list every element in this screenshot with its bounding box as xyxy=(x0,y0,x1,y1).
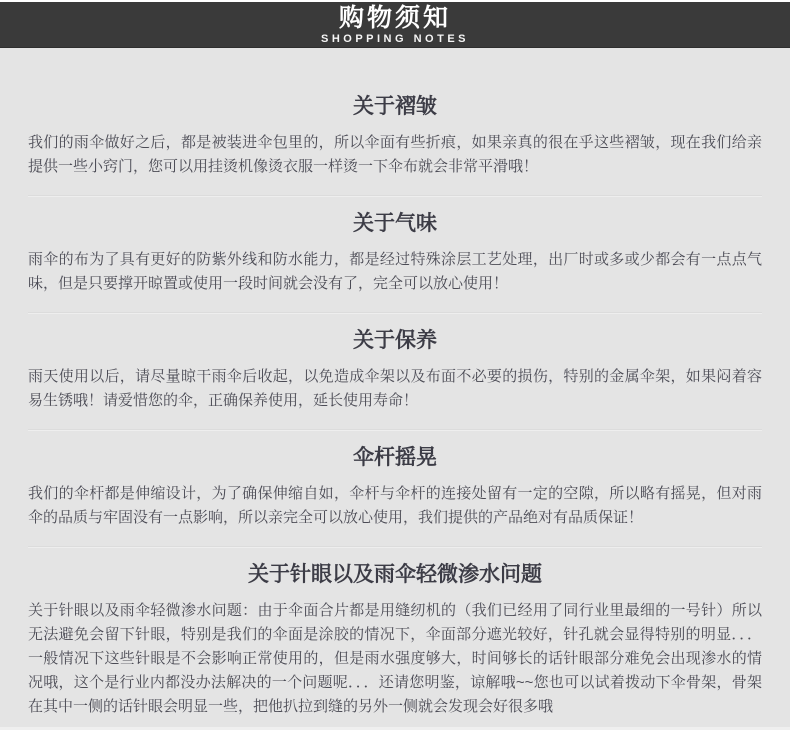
section-title: 关于气味 xyxy=(28,211,762,236)
section-pole-shake: 伞杆摇晃 我们的伞杆都是伸缩设计，为了确保伸缩自如，伞杆与伞杆的连接处留有一定的… xyxy=(0,439,790,538)
header-banner: 购物须知 SHOPPING NOTES xyxy=(0,2,790,48)
section-body: 雨伞的布为了具有更好的防紫外线和防水能力，都是经过特殊涂层工艺处理，出厂时或多或… xyxy=(28,248,762,296)
section-wrinkles: 关于褶皱 我们的雨伞做好之后，都是被装进伞包里的，所以伞面有些折痕，如果亲真的很… xyxy=(0,48,790,187)
content-area: 关于褶皱 我们的雨伞做好之后，都是被装进伞包里的，所以伞面有些折痕，如果亲真的很… xyxy=(0,48,790,729)
section-body: 我们的伞杆都是伸缩设计，为了确保伸缩自如，伞杆与伞杆的连接处留有一定的空隙，所以… xyxy=(28,482,762,530)
section-divider xyxy=(28,195,762,197)
section-title: 关于针眼以及雨伞轻微渗水问题 xyxy=(28,562,762,587)
section-divider xyxy=(28,429,762,431)
section-divider xyxy=(28,546,762,548)
header-subtitle: SHOPPING NOTES xyxy=(0,34,790,45)
shopping-notes-page: 购物须知 SHOPPING NOTES 关于褶皱 我们的雨伞做好之后，都是被装进… xyxy=(0,0,790,730)
section-body: 雨天使用以后，请尽量晾干雨伞后收起，以免造成伞架以及布面不必要的损伤，特别的金属… xyxy=(28,365,762,413)
section-body: 我们的雨伞做好之后，都是被装进伞包里的，所以伞面有些折痕，如果亲真的很在乎这些褶… xyxy=(28,131,762,179)
section-odor: 关于气味 雨伞的布为了具有更好的防紫外线和防水能力，都是经过特殊涂层工艺处理，出… xyxy=(0,205,790,304)
section-needle-holes: 关于针眼以及雨伞轻微渗水问题 关于针眼以及雨伞轻微渗水问题：由于伞面合片都是用缝… xyxy=(0,556,790,727)
section-title: 关于褶皱 xyxy=(28,94,762,119)
section-maintenance: 关于保养 雨天使用以后，请尽量晾干雨伞后收起，以免造成伞架以及布面不必要的损伤，… xyxy=(0,322,790,421)
section-title: 关于保养 xyxy=(28,328,762,353)
section-body: 关于针眼以及雨伞轻微渗水问题：由于伞面合片都是用缝纫机的（我们已经用了同行业里最… xyxy=(28,599,762,719)
section-divider xyxy=(28,312,762,314)
section-title: 伞杆摇晃 xyxy=(28,445,762,470)
header-title: 购物须知 xyxy=(0,5,790,31)
